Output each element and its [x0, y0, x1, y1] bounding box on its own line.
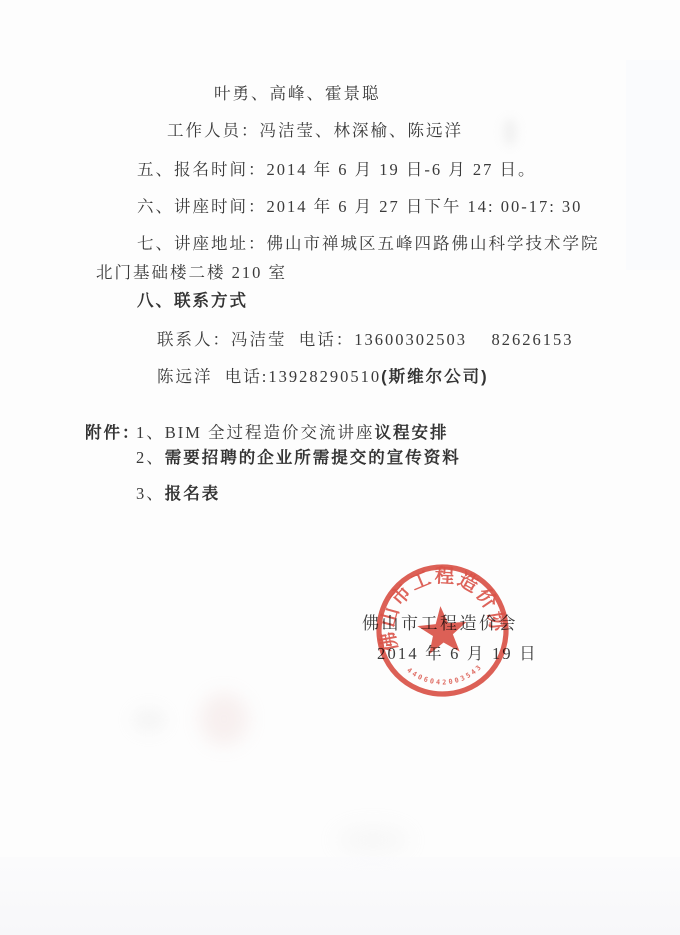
text-speaker-names: 叶勇、高峰、霍景聪	[214, 84, 381, 105]
text-attachment1-title: 1、BIM 全过程造价交流讲座	[136, 423, 375, 442]
text-item7-lecture-address: 七、讲座地址：佛山市禅城区五峰四路佛山科学技术学院	[137, 234, 600, 255]
scan-edge-shading	[626, 60, 680, 270]
scan-smudge	[503, 118, 517, 146]
text-attachment1-title-bold: 议程安排	[375, 424, 449, 442]
text-contact2-name-phone: 陈远洋 电话:13928290510	[157, 367, 381, 386]
text-attachment-3: 3、报名表	[136, 484, 220, 505]
text-attachment3-title: 报名表	[165, 485, 221, 503]
text-staff-list: 工作人员：冯洁莹、林深榆、陈远洋	[167, 121, 463, 142]
text-contact-person-1: 联系人：冯洁莹 电话：13600302503 82626153	[157, 330, 574, 351]
official-seal-stamp: 佛山市工程造价协会 4406042003543	[364, 552, 521, 709]
scan-bottom-shading	[0, 857, 680, 935]
text-item8-contact-heading: 八、联系方式	[137, 291, 248, 312]
text-attachment2-title: 需要招聘的企业所需提交的宣传资料	[165, 449, 461, 467]
text-item7-address-continued: 北门基础楼二楼 210 室	[96, 263, 287, 284]
text-item6-lecture-time: 六、讲座时间：2014 年 6 月 27 日下午 14: 00-17: 30	[137, 197, 582, 218]
text-contact-person-2: 陈远洋 电话:13928290510(斯维尔公司)	[157, 367, 489, 388]
text-item5-registration-time: 五、报名时间：2014 年 6 月 19 日-6 月 27 日。	[137, 160, 537, 181]
text-attachments-label: 附件：	[85, 423, 141, 444]
scan-smudge	[132, 708, 166, 732]
text-attachment2-number: 2、	[136, 448, 165, 467]
scan-smudge	[200, 693, 248, 745]
document-page: 叶勇、高峰、霍景聪 工作人员：冯洁莹、林深榆、陈远洋 五、报名时间：2014 年…	[0, 0, 680, 935]
text-attachment-2: 2、需要招聘的企业所需提交的宣传资料	[136, 448, 461, 469]
text-contact2-company: (斯维尔公司)	[381, 368, 489, 386]
scan-smudge	[336, 826, 410, 854]
text-attachment-1: 1、BIM 全过程造价交流讲座议程安排	[136, 423, 449, 444]
stamp-star-icon	[416, 604, 469, 655]
text-attachment3-number: 3、	[136, 484, 165, 503]
